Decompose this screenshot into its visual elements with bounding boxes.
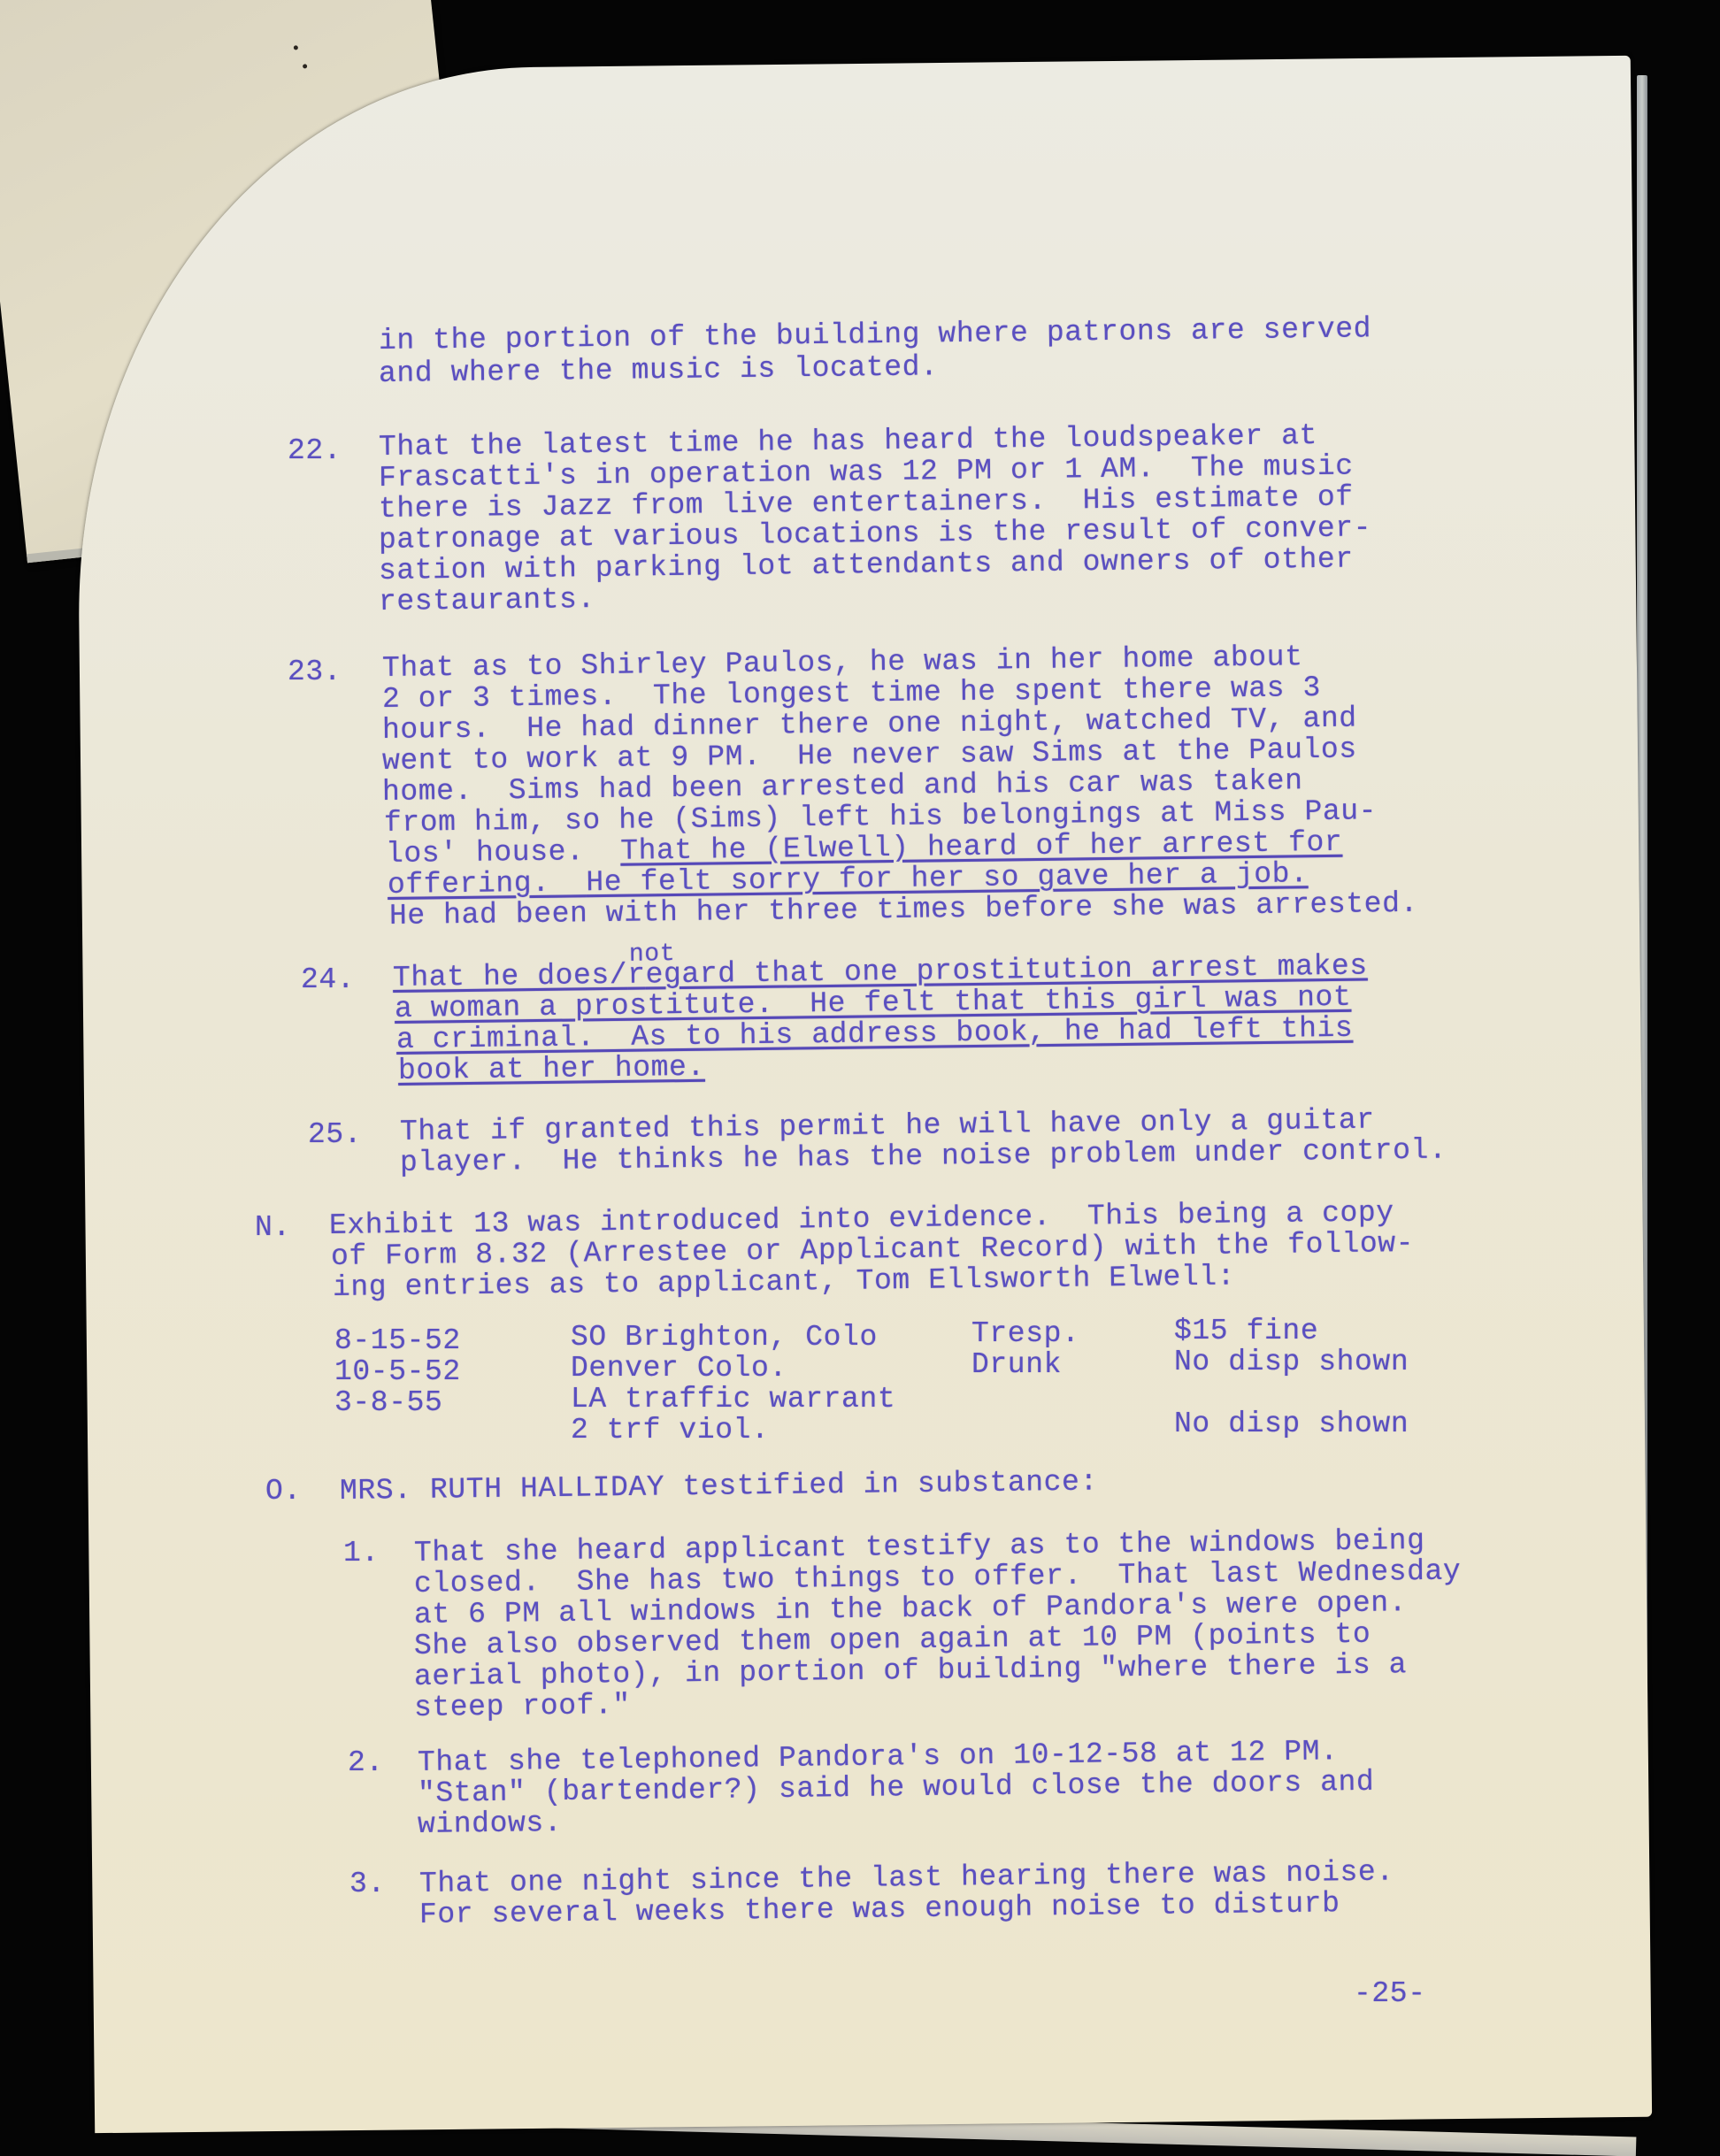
record-charge: Tresp. [971, 1318, 1079, 1349]
record-place: LA traffic warrant [571, 1384, 895, 1415]
text-line: windows. [418, 1807, 563, 1840]
record-charge: Drunk [971, 1349, 1062, 1380]
item-number: 25. [308, 1119, 362, 1150]
item-number: 1. [343, 1538, 380, 1569]
record-date: 10-5-52 [334, 1356, 461, 1387]
typed-text: in the portion of the building where pat… [0, 0, 1720, 2156]
item-number: 23. [288, 656, 342, 687]
text-span: That he does/ [393, 959, 628, 994]
item-number: 24. [301, 964, 355, 995]
text-line: and where the music is located. [379, 351, 939, 389]
section-heading: MRS. RUTH HALLIDAY testified in substanc… [340, 1467, 1098, 1507]
record-place: 2 trf viol. [571, 1415, 769, 1446]
item-number: 3. [349, 1868, 386, 1899]
record-disposition: No disp shown [1174, 1408, 1409, 1439]
item-number: 2. [348, 1747, 384, 1778]
text-line: in the portion of the building where pat… [379, 313, 1372, 357]
section-label: N. [255, 1212, 291, 1243]
inserted-word: not [629, 939, 676, 971]
record-date: 3-8-55 [334, 1387, 442, 1418]
page-number: -25- [1354, 1978, 1426, 2009]
item-number: 22. [288, 435, 342, 466]
text-line: steep roof." [414, 1690, 631, 1723]
record-disposition: $15 fine [1174, 1316, 1318, 1347]
underlined-text: offering. [388, 866, 587, 902]
handwritten-insertion: notr [627, 959, 646, 992]
record-disposition: No disp shown [1174, 1347, 1409, 1377]
record-place: Denver Colo. [571, 1353, 787, 1384]
text-line: restaurants. [379, 584, 595, 618]
text-span: los' house. [386, 835, 621, 871]
section-label: O. [265, 1476, 302, 1507]
text-line: book at her home. [398, 1052, 705, 1086]
record-place: SO Brighton, Colo [571, 1322, 878, 1353]
record-date: 8-15-52 [334, 1325, 461, 1356]
